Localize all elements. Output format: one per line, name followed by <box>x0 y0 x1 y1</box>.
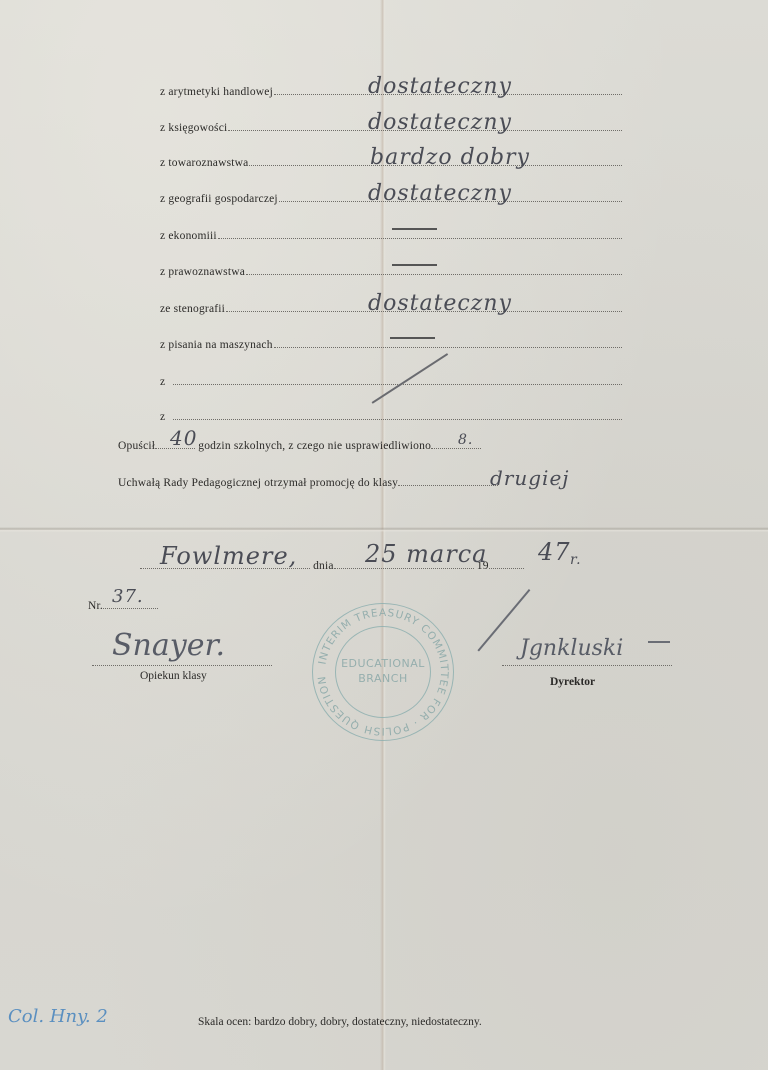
grade-dash <box>392 228 437 230</box>
signature-line <box>502 664 672 666</box>
grade-label: z <box>160 376 165 390</box>
grade-dash <box>390 337 435 339</box>
horizontal-fold-line <box>0 527 768 532</box>
grade-row-law: z prawoznawstwa <box>160 256 622 280</box>
grade-label: z prawoznawstwa <box>160 266 245 280</box>
grade-label: z pisania na maszynach <box>160 339 273 353</box>
grade-value: dostateczny <box>368 181 512 206</box>
place: Fowlmere, <box>160 542 297 570</box>
grade-value: bardzo dobry <box>370 145 530 170</box>
grade-value: dostateczny <box>368 74 512 99</box>
grade-row-blank-2: z <box>160 401 622 425</box>
year: 47 <box>538 538 571 566</box>
margin-note: Col. Hny. 2 <box>8 1006 108 1027</box>
class-teacher-signature: Snayer. <box>112 628 225 663</box>
class-teacher-label: Opiekun klasy <box>140 670 207 682</box>
signature-line <box>92 664 272 666</box>
grade-label: z księgowości <box>160 122 227 136</box>
grade-label: ze stenografii <box>160 303 225 317</box>
promotion-text: Uchwałą Rady Pedagogicznej otrzymał prom… <box>118 477 398 489</box>
director-label: Dyrektor <box>550 676 595 688</box>
grade-row-typing: z pisania na maszynach <box>160 329 622 353</box>
absence-middle-text: godzin szkolnych, z czego nie usprawiedl… <box>198 440 431 452</box>
absence-prefix: Opuścił <box>118 440 155 452</box>
signature-dash <box>648 641 670 643</box>
grade-value: dostateczny <box>368 110 512 135</box>
grade-row-economics: z ekonomiii <box>160 220 622 244</box>
educational-branch-stamp: INTERIM TREASURY COMMITTEE FOR · POLISH … <box>312 603 454 741</box>
promotion-line: Uchwałą Rady Pedagogicznej otrzymał prom… <box>118 477 498 489</box>
grading-scale: Skala ocen: bardzo dobry, dobry, dostate… <box>198 1016 482 1028</box>
stamp-line-1: EDUCATIONAL <box>313 656 453 671</box>
day-label: dnia <box>313 560 334 572</box>
absence-hours: 40 <box>170 426 197 450</box>
director-signature: Jgnkluski <box>520 636 623 661</box>
grade-dash <box>392 264 437 266</box>
absence-unexcused: 8. <box>458 432 473 448</box>
grade-label: z towaroznawstwa <box>160 157 248 171</box>
grade-row-blank-1: z <box>160 366 622 390</box>
promotion-class: drugiej <box>490 466 569 490</box>
year-suffix: r. <box>570 552 582 568</box>
number-value: 37. <box>112 586 144 607</box>
grade-value: dostateczny <box>368 291 512 316</box>
number-label: Nr. <box>88 600 103 612</box>
grade-label: z <box>160 411 165 425</box>
grade-label: z geografii gospodarczej <box>160 193 278 207</box>
date: 25 marca <box>365 540 487 568</box>
stamp-line-2: BRANCH <box>313 671 453 686</box>
grade-label: z arytmetyki handlowej <box>160 86 273 100</box>
grade-label: z ekonomiii <box>160 230 217 244</box>
